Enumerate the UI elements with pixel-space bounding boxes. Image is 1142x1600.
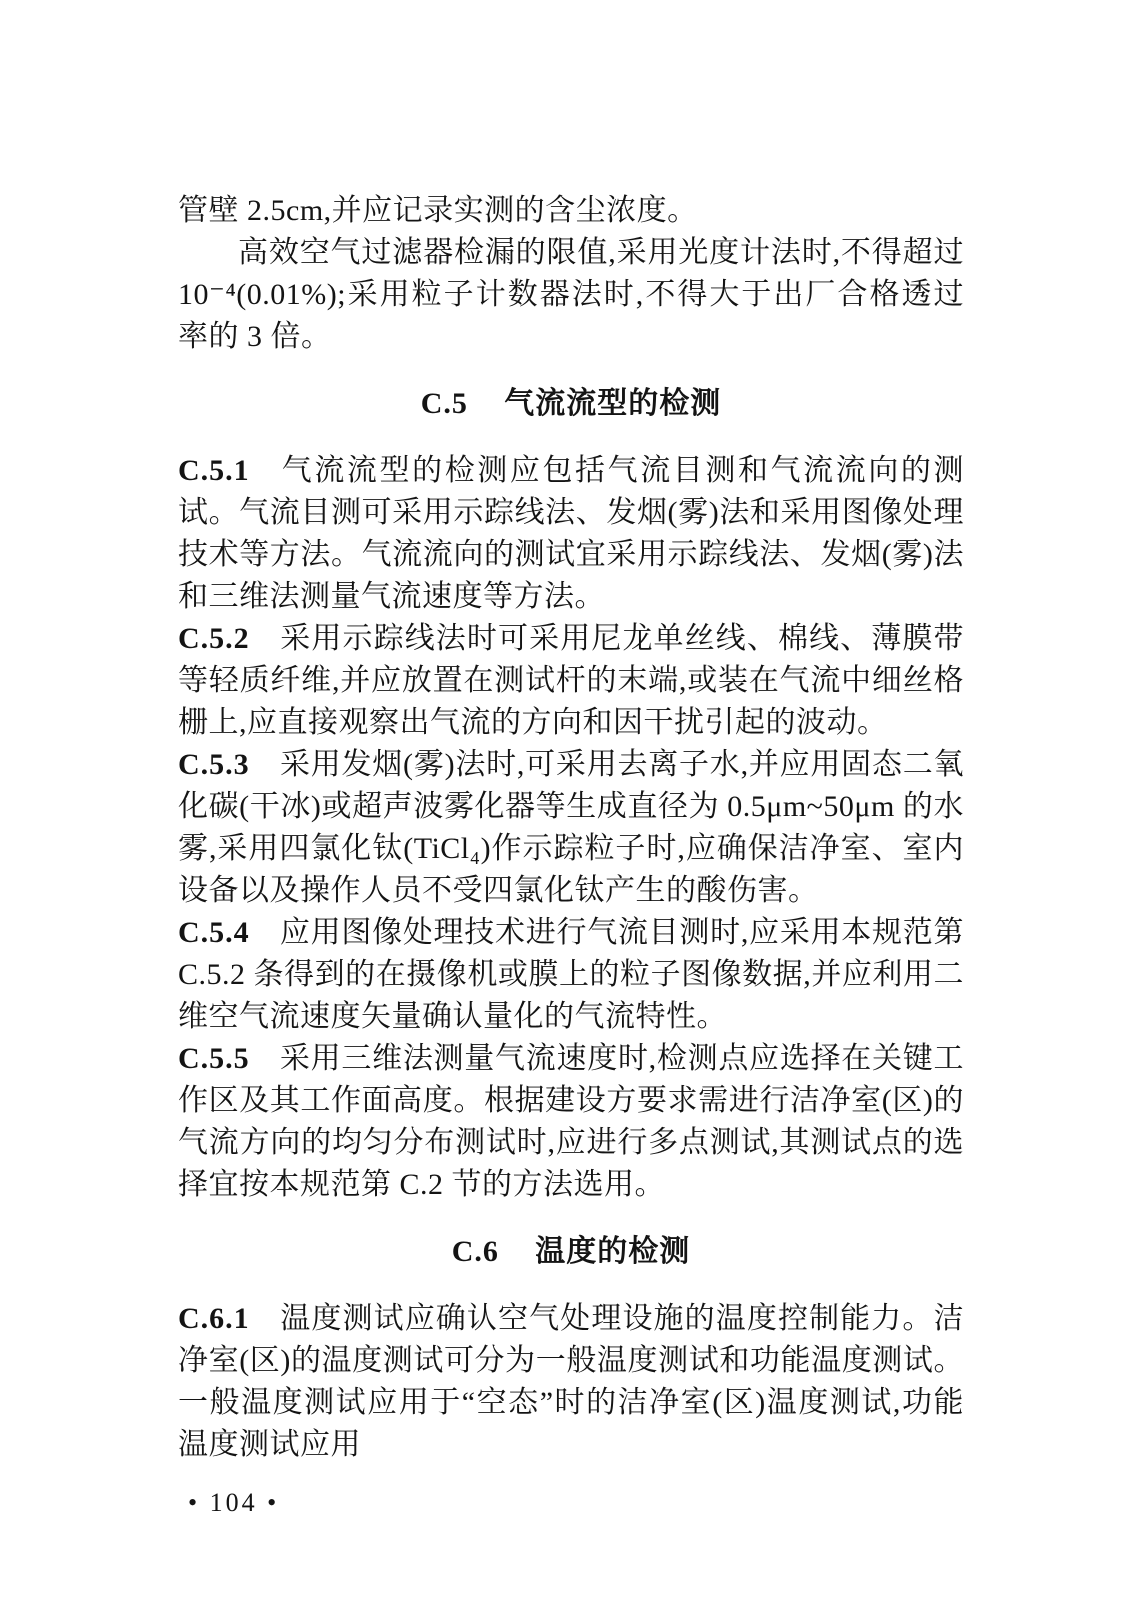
clause-c5-4: C.5.4应用图像处理技术进行气流目测时,应采用本规范第 C.5.2 条得到的在… (178, 912, 964, 1038)
clause-number: C.5.5 (178, 1042, 250, 1075)
section-number: C.6 (452, 1235, 499, 1268)
section-title: 温度的检测 (535, 1235, 690, 1268)
clause-text: 采用示踪线法时可采用尼龙单丝线、棉线、薄膜带等轻质纤维,并应放置在测试杆的末端,… (178, 622, 964, 739)
clause-c5-5: C.5.5采用三维法测量气流速度时,检测点应选择在关键工作区及其工作面高度。根据… (178, 1038, 964, 1206)
clause-c5-2: C.5.2采用示踪线法时可采用尼龙单丝线、棉线、薄膜带等轻质纤维,并应放置在测试… (178, 618, 964, 744)
clause-number: C.5.3 (178, 748, 250, 781)
page-number: • 104 • (178, 1488, 964, 1518)
clause-c6-1: C.6.1温度测试应确认空气处理设施的温度控制能力。洁净室(区)的温度测试可分为… (178, 1298, 964, 1466)
clause-text: 采用发烟(雾)法时,可采用去离子水,并应用固态二氧化碳(干冰)或超声波雾化器等生… (178, 748, 964, 907)
clause-c5-1: C.5.1气流流型的检测应包括气流目测和气流流向的测试。气流目测可采用示踪线法、… (178, 450, 964, 618)
document-page: 管壁 2.5cm,并应记录实测的含尘浓度。 高效空气过滤器检漏的限值,采用光度计… (0, 0, 1142, 1600)
section-heading-c6: C.6 温度的检测 (178, 1231, 964, 1273)
section-title: 气流流型的检测 (504, 387, 721, 420)
section-number: C.5 (421, 387, 468, 420)
clause-text: 采用三维法测量气流速度时,检测点应选择在关键工作区及其工作面高度。根据建设方要求… (178, 1042, 964, 1201)
clause-number: C.6.1 (178, 1302, 250, 1335)
clause-text: 气流流型的检测应包括气流目测和气流流向的测试。气流目测可采用示踪线法、发烟(雾)… (178, 454, 964, 613)
clause-number: C.5.2 (178, 622, 250, 655)
clause-number: C.5.1 (178, 454, 250, 487)
clause-text: 应用图像处理技术进行气流目测时,应采用本规范第 C.5.2 条得到的在摄像机或膜… (178, 916, 964, 1033)
clause-text: 温度测试应确认空气处理设施的温度控制能力。洁净室(区)的温度测试可分为一般温度测… (178, 1302, 964, 1461)
paragraph-hepa-leak-limit: 高效空气过滤器检漏的限值,采用光度计法时,不得超过 10⁻⁴(0.01%);采用… (178, 232, 964, 358)
paragraph-continuation: 管壁 2.5cm,并应记录实测的含尘浓度。 (178, 190, 964, 232)
clause-c5-3: C.5.3采用发烟(雾)法时,可采用去离子水,并应用固态二氧化碳(干冰)或超声波… (178, 744, 964, 912)
section-heading-c5: C.5 气流流型的检测 (178, 383, 964, 425)
clause-number: C.5.4 (178, 916, 250, 949)
